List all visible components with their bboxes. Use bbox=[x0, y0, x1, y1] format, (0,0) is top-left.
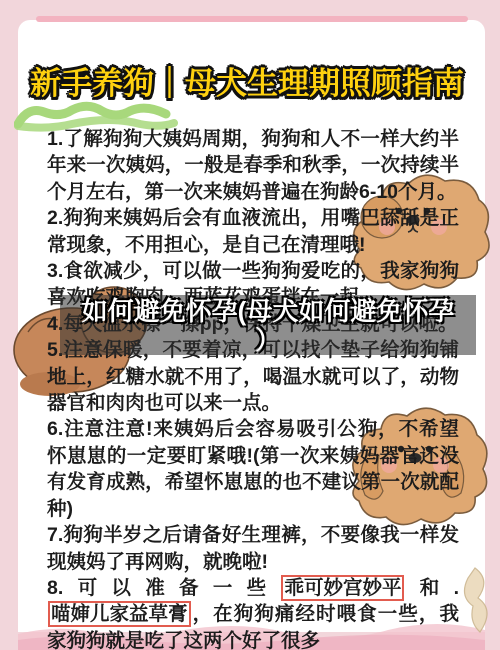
guide-list: 1.了解狗狗大姨妈周期，狗狗和人不一样大约半年来一次姨妈，一般是春季和秋季，一次… bbox=[47, 126, 459, 650]
guide-item-7: 7.狗狗半岁之后请备好生理裤，不要像我一样发现姨妈了再网购，就晚啦! bbox=[47, 522, 459, 575]
item8-connector: 和. bbox=[405, 577, 459, 599]
product-highlight-1: 乖可妙宫妙平 bbox=[281, 575, 404, 601]
guide-item-6: 6.注意注意!来姨妈后会容易吸引公狗，不希望怀崽崽的一定要盯紧哦!(第一次来姨妈… bbox=[47, 416, 459, 522]
item8-prefix: 8.可以准备一些 bbox=[47, 577, 280, 599]
watermark-text-line1: 如何避免怀孕(母犬如何避免怀孕 bbox=[60, 295, 476, 327]
guide-item-8: 8.可以准备一些乖可妙宫妙平和.喵婶儿家益草膏，在狗狗痛经时喂食一些，我家狗狗就… bbox=[47, 575, 459, 650]
guide-item-1: 1.了解狗狗大姨妈周期，狗狗和人不一样大约半年来一次姨妈，一般是春季和秋季，一次… bbox=[47, 126, 459, 205]
poster-frame: 新手养狗｜母犬生理期照顾指南 1.了解狗狗大姨妈周期，狗狗和人不一样大约半年来一… bbox=[0, 0, 500, 650]
card-top-accent-line bbox=[36, 16, 468, 22]
product-highlight-2: 喵婶儿家益草膏 bbox=[48, 601, 191, 627]
watermark-text-line2: ） bbox=[60, 327, 476, 353]
bow-ribbon-icon bbox=[455, 560, 497, 640]
guide-item-2: 2.狗狗来姨妈后会有血液流出，用嘴巴舔舐是正常现象，不用担心，是自己在清理哦! bbox=[47, 205, 459, 258]
watermark-overlay: 如何避免怀孕(母犬如何避免怀孕 ） bbox=[60, 295, 476, 355]
page-title: 新手养狗｜母犬生理期照顾指南 bbox=[30, 58, 475, 103]
